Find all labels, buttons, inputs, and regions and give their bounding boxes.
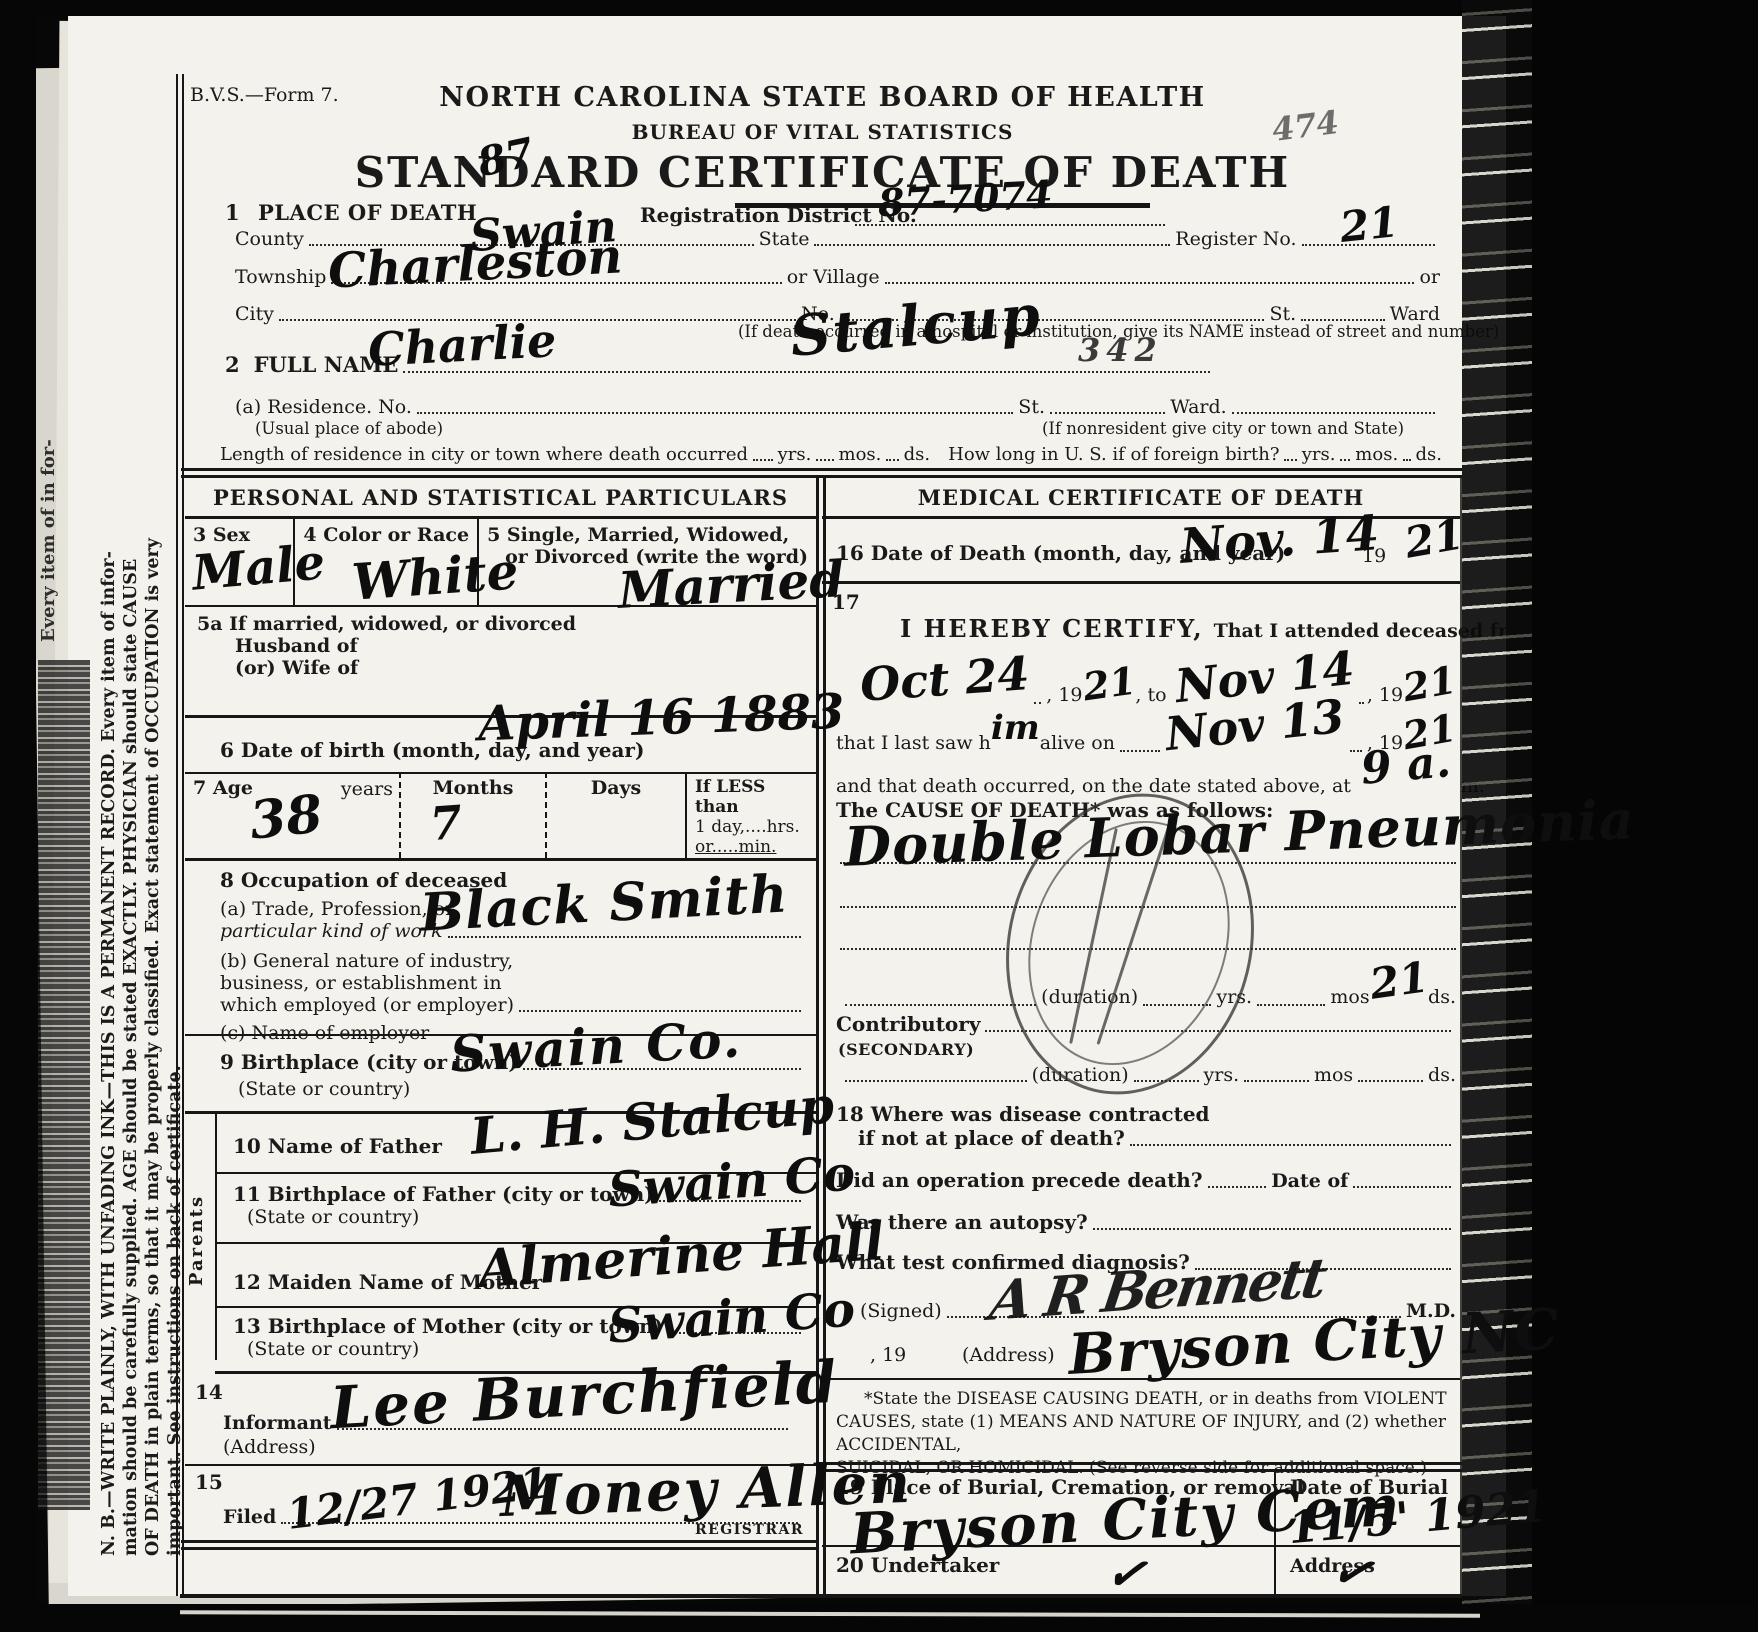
days-cell: Days [547, 772, 687, 858]
bureau-subtitle: BUREAU OF VITAL STATISTICS [185, 120, 1460, 144]
wife-of-label: (or) Wife of [235, 657, 816, 679]
informant-address-label: (Address) [223, 1436, 316, 1458]
q18-line-1: 18 Where was disease contracted [836, 1102, 1210, 1126]
duration-2-ds-label: ds. [1428, 1064, 1456, 1086]
if-less-line-1: If LESS than [695, 777, 808, 817]
physician-address-label: (Address) [962, 1344, 1055, 1366]
duration-2-lead-line [845, 1076, 1027, 1082]
certify-lead-row: I HEREBY CERTIFY, That I attended deceas… [900, 614, 1456, 643]
attended-from-value: Oct 24 [859, 650, 1031, 708]
operation-date-line [1353, 1182, 1451, 1188]
form-left-border [176, 74, 184, 1596]
last-saw-post: alive on [1040, 732, 1115, 754]
duration-lead-line [845, 1000, 1036, 1006]
foreign-mos-line [1340, 455, 1350, 461]
duration-2-ds-line [1358, 1076, 1423, 1082]
foreign-ds-label: ds. [1416, 444, 1442, 465]
township-or-word: or [1419, 266, 1440, 288]
informant-label: Informant [223, 1412, 332, 1434]
mother-bp-label: 13 Birthplace of Mother (city or town) [233, 1314, 663, 1338]
residence-ward-line [1232, 408, 1435, 414]
length-ds-line [886, 455, 898, 461]
margin-line-3: OF DEATH in plain terms, so that it may … [142, 76, 164, 1556]
operation-date-of-label: Date of [1271, 1170, 1348, 1192]
operation-row: Did an operation precede death? Date of [836, 1168, 1456, 1192]
marital-value: Married [617, 554, 846, 616]
foreign-mos-label: mos. [1355, 444, 1398, 465]
marital-label-1: 5 Single, Married, Widowed, [487, 524, 808, 546]
margin-line-1: N. B.—WRITE PLAINLY, WITH UNFADING INK—T… [98, 76, 120, 1556]
length-ds-label: ds. [904, 444, 930, 465]
registrar-label: REGISTRAR [695, 1522, 804, 1538]
township-value: Charleston [327, 232, 623, 295]
margin-instructions: N. B.—WRITE PLAINLY, WITH UNFADING INK—T… [98, 76, 186, 1556]
full-name-number: 2 [225, 352, 240, 377]
operation-line [1208, 1182, 1267, 1188]
residence-row: (a) Residence. No. St. Ward. [235, 396, 1440, 418]
residence-ward-label: Ward. [1170, 396, 1227, 418]
length-label: Length of residence in city or town wher… [220, 444, 748, 465]
foreign-yrs-label: yrs. [1302, 444, 1336, 465]
under-page-margin-fragment: Every item of in for- [38, 42, 59, 642]
column-divider [816, 478, 826, 1596]
race-value: White [350, 546, 519, 607]
father-name-label: 10 Name of Father [233, 1134, 442, 1158]
duration-2-yrs-label: yrs. [1204, 1064, 1240, 1086]
occupation-a-line-2: particular kind of work [220, 920, 443, 942]
informant-number: 14 [195, 1380, 223, 1404]
undertaker-checkmark: ✓ [1103, 1547, 1150, 1600]
attended-to-year-value: 21 [1400, 661, 1459, 708]
certify-lead: I HEREBY CERTIFY, [900, 614, 1204, 643]
residence-line [417, 408, 1013, 414]
attended-from-year-prefix: , 19 [1046, 684, 1082, 706]
top-section-divider [181, 468, 1462, 478]
abode-note: (Usual place of abode) [255, 419, 443, 438]
place-of-death-number: 1 [225, 200, 240, 225]
left-black-band [0, 0, 36, 1632]
attended-dates-row: Oct 24 , 19 21 , to Nov 14 , 19 21 [860, 662, 1456, 708]
registration-district-value: 87-7074 [877, 175, 1053, 222]
birthplace-value: Swain Co. [449, 1014, 743, 1079]
foreign-yrs-line [1284, 455, 1296, 461]
age-value: 38 [247, 788, 324, 847]
q18-row-2: if not at place of death? [858, 1126, 1456, 1150]
death-certificate-scan: { "scan": { "stamp_number": "474", "scri… [0, 0, 1758, 1632]
length-yrs-label: yrs. [778, 444, 812, 465]
attended-to-word: , to [1135, 684, 1166, 706]
length-of-residence-row: Length of residence in city or town wher… [220, 444, 1442, 465]
occupation-b-line [519, 1006, 801, 1012]
dob-value: April 16 1883 [477, 688, 845, 749]
attended-to-line [1359, 698, 1362, 704]
board-title: NORTH CAROLINA STATE BOARD OF HEALTH [185, 82, 1460, 113]
register-no-label: Register No. [1175, 228, 1296, 250]
residence-label: (a) Residence. No. [235, 396, 412, 418]
duration-ds-value: 21 [1367, 956, 1431, 1006]
filed-number: 15 [195, 1470, 223, 1494]
residence-st-line [1050, 408, 1165, 414]
months-cell: Months [401, 772, 547, 858]
length-mos-label: mos. [839, 444, 882, 465]
q18-line [1130, 1140, 1451, 1146]
parents-label: Parents [186, 1195, 207, 1286]
full-name-first-value: Charlie [367, 317, 557, 373]
duration-mos-line [1257, 1000, 1325, 1006]
foreign-birth-label: How long in U. S. if of foreign birth? [948, 444, 1279, 465]
village-line [885, 278, 1415, 284]
duration-mos-label: mos [1330, 986, 1369, 1008]
footnote-line-1: *State the DISEASE CAUSING DEATH, or in … [836, 1388, 1452, 1411]
undertaker-cell-divider [1274, 1547, 1276, 1597]
place-of-death-label: PLACE OF DEATH [258, 200, 477, 225]
if-less-line-2: 1 day,....hrs. [695, 817, 808, 837]
last-saw-line [1120, 746, 1160, 752]
left-column-bottom-rule [181, 1540, 818, 1550]
months-value: 7 [428, 799, 463, 847]
last-saw-pre: that I last saw h [836, 732, 991, 754]
attended-from-line [1034, 698, 1041, 704]
marital-cond-label: 5a If married, widowed, or divorced [197, 613, 816, 635]
last-saw-him: im [991, 711, 1040, 745]
race-label: 4 Color or Race [303, 524, 469, 546]
address-year-label: , 19 [870, 1344, 906, 1366]
ward-line [1301, 315, 1384, 321]
foreign-ds-line [1403, 455, 1410, 461]
age-label: 7 Age [193, 777, 253, 799]
state-label: State [759, 228, 810, 250]
death-time-value: 9 a. [1359, 740, 1452, 792]
signed-label: (Signed) [860, 1300, 942, 1322]
state-line [814, 240, 1170, 246]
attended-from-year-value: 21 [1080, 662, 1138, 707]
autopsy-line [1093, 1224, 1451, 1230]
scan-smudge-strip [38, 660, 90, 1510]
days-label: Days [555, 777, 677, 799]
city-label: City [235, 303, 274, 325]
autopsy-row: Was there an autopsy? [836, 1210, 1456, 1234]
dod-value: Nov. 14 [1179, 509, 1381, 571]
death-occurred-label: and that death occurred, on the date sta… [836, 775, 1351, 797]
filed-label: Filed [223, 1506, 276, 1528]
age-years-label: years [341, 778, 393, 800]
parents-strip: Parents [185, 1114, 217, 1360]
county-label: County [235, 228, 304, 250]
full-name-annotation: 342 [1078, 334, 1163, 366]
township-label: Township [235, 266, 326, 288]
personal-heading: PERSONAL AND STATISTICAL PARTICULARS [185, 478, 816, 519]
duration-2-mos-line [1244, 1076, 1309, 1082]
occupation-b-line-3: which employed (or employer) [220, 994, 514, 1016]
length-yrs-line [753, 455, 773, 461]
duration-ds-label: ds. [1428, 986, 1456, 1008]
months-label: Months [409, 777, 537, 799]
dod-year-value: 21 [1402, 513, 1467, 565]
stamp-number-handwritten: 474 [1270, 106, 1340, 146]
occupation-b-line-1: (b) General nature of industry, [220, 950, 806, 972]
father-bp-label: 11 Birthplace of Father (city or town) [233, 1182, 654, 1206]
if-less-line-3: or.....min. [695, 837, 808, 857]
husband-of-label: Husband of [235, 635, 816, 657]
q18-line-2: if not at place of death? [858, 1126, 1125, 1150]
residence-st-label: St. [1018, 396, 1045, 418]
occupation-b-line-2: business, or establishment in [220, 972, 806, 994]
register-value: 21 [1338, 201, 1401, 249]
operation-question: Did an operation precede death? [836, 1168, 1203, 1192]
length-mos-line [816, 455, 833, 461]
if-less-cell: If LESS than 1 day,....hrs. or.....min. [687, 772, 816, 858]
nonresident-note: (If nonresident give city or town and St… [1042, 419, 1404, 438]
sex-value: Male [190, 538, 327, 597]
contributory-label: Contributory [836, 1012, 980, 1036]
attended-to-year-prefix: , 19 [1367, 684, 1403, 706]
duration-2-mos-label: mos [1314, 1064, 1353, 1086]
margin-line-2: mation should be carefully supplied. AGE… [120, 76, 142, 1556]
footnote-line-2: CAUSES, state (1) MEANS AND NATURE OF IN… [836, 1411, 1452, 1457]
certificate-title: STANDARD CERTIFICATE OF DEATH [185, 148, 1460, 197]
bottom-black-band [0, 1604, 1758, 1632]
village-label: or Village [787, 266, 880, 288]
secondary-label: (SECONDARY) [838, 1040, 974, 1059]
scribble-number-handwritten: 87 [474, 133, 537, 184]
